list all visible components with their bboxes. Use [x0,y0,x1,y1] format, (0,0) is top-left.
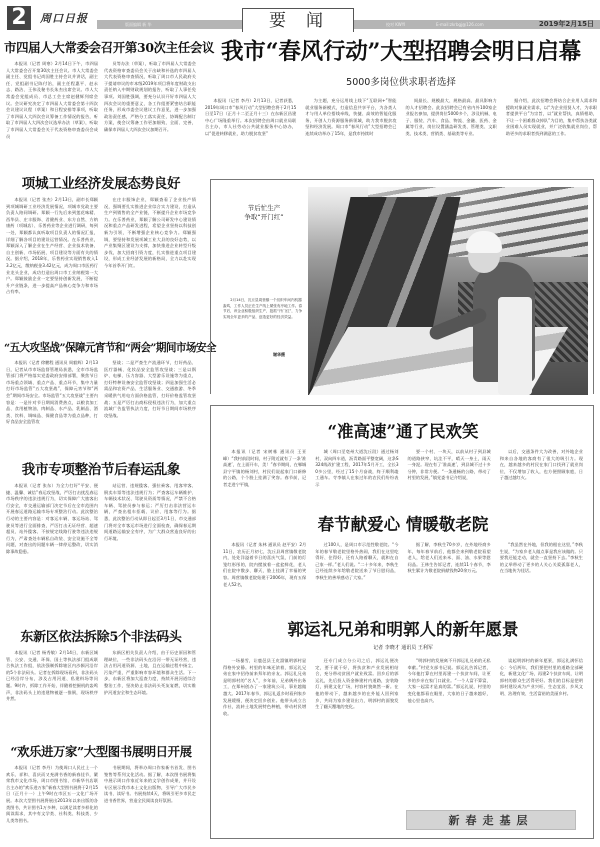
article-body-col1: 本报讯（记者 张杰）2月13日，副市长郑颖到项城调研工业经济发展情况，项城市党政… [6,197,98,325]
article-xiangcheng-industry[interactable]: 项城工业经济发展态势良好 本报讯（记者 张杰）2月13日，副市长郑颖到项城调研工… [4,172,198,325]
article-body-col2: 在庄丰服饰企业，郑颖查看了企业投产情况，强调要扎实推进企业综合实力建设，打造从生… [104,197,196,325]
photo-credit: 谢华摄 [273,352,285,358]
article-market-safety[interactable]: “五大攻坚战”保障元宵节和“两会”期间市场安全 本报讯（记者 徐鹏程 通讯员 周… [4,340,198,436]
article-quasi-expressway[interactable]: “准高速”通了民欢笑 本报讯（记者 宋树栋 通讯员 王亚峰）“我村前段时间，村子… [223,418,583,495]
photo-caption-title: 节后忙生产 争取“开门红” [229,204,299,222]
worker-cap [466,231,502,253]
lead-headline: 我市“春风行动”大型招聘会明日启幕 [205,36,597,68]
article-body-col1: 一场暴雪，让鹿邑县王皮溜镇明郭村显得格外安静。村里的年味还浓着，郭运礼兄弟在家中… [223,658,306,847]
article-body-col2: 书展期间，将举办周口作家新书首发、图书签售等系列文化活动。据了解，本次图书展将集… [104,765,196,847]
lead-body-col3: 间最长、规模最大、规格最高、最具影响力的人才招聘会。此次招聘会已有省内外100家… [406,98,497,150]
features-box: “准高速”通了民欢笑 本报讯（记者 宋树栋 通讯员 王亚峰）“我村前段时间，村子… [210,405,594,839]
column-banner-new-year-grassroots: 新春走基层 [406,810,576,830]
article-body-col2: 还专门成立分公司之后，郭运礼便决定，要干就干好，将扶贫和产业发展相结合，充分带动… [315,658,398,847]
article-body-col1: 本报讯（记者 徐鹏程 通讯员 周毅辉）2月13日，记者从市市场监督管理局获悉，全… [6,360,98,436]
article-body-col2: 员等办法（草案），听取了市四届人大常委会代表资格审查委员会关于出缺和补选的市四届… [104,61,196,157]
photo-title-line1: 节后忙生产 [229,204,299,213]
article-headline: “准高速”通了民欢笑 [223,418,583,442]
article-nursing-home[interactable]: 春节献爱心 情暖敬老院 本报讯（记者 朱林 通讯员 赵平安）2月11日，农历正月… [223,511,583,602]
worker-apron [498,297,532,395]
article-body-col3: 要一个村、一块天，以前从村子到县城的道路狭窄，坑洼不平，晴天一身土，雨天一身泥。… [408,449,491,495]
article-byline: 记者 李晓才 通讯员 王利军 [223,644,583,651]
editor-credit: 校对 KWYI [386,20,405,29]
article-body-col1: 本报讯（记者 杨秀敏）2月14日，东新区城管、公安、交通、环保、国土等执法部门组… [6,650,98,722]
article-standing-committee[interactable]: 市四届人大常委会召开第30次主任会议 本报讯（记者 周寒）2月14日下午，市四届… [4,38,198,157]
masthead: 2 周口日报 版面编辑 新 华 要闻 校对 KWYI E-mail:zkrbgj… [0,0,600,34]
article-headline: 市四届人大常委会召开第30次主任会议 [4,38,198,56]
article-headline: 春节献爱心 情暖敬老院 [223,511,583,535]
article-body-col2: 坚战；二是严查生产流通环节，打好药品、医疗器械、化妆品安全监管攻坚战；三是以锅炉… [104,360,196,436]
article-body-col2: 城（周口至亳州大道沈丘段）通过杨刘村，双向四车道，沥青路面平整宽阔，这条S324… [315,449,398,495]
photo-title-line2: 争取“开门红” [229,213,299,222]
lead-subhead: 5000多岗位供求职者选择 [205,74,597,88]
page-number: 2 [7,6,31,30]
article-body-col4: “我虽然在外地，但我的根在这里，”李秋生说，“为家乡老人做点事是我应该做的。只要… [500,542,583,602]
article-body-col2: 东新区相关负责人介绍，由于历史原因和管理缺位，一些非法码头在沿河一带无证经营，违… [104,650,196,722]
article-body-col1: 本报讯（记者 李丹）为使周口人民过上一个欢乐、祥和、喜庆而又充满书香的新春佳节，… [6,765,98,847]
article-body-col1: 本报讯（记者 周寒）2月14日下午，市四届人大常委会召开第30次主任会议。市人大… [6,61,98,157]
photo-caption-body: 2月14日，沈丘县周营镇一个纺织车间内机器轰鸣，工作人员正在生产线上紧张有序地工… [223,298,303,320]
article-headline: 我市专项整治节后春运乱象 [4,458,198,478]
photo-feature: 节后忙生产 争取“开门红” 2月14日，沈丘县周营镇一个纺织车间内机器轰鸣，工作… [210,179,594,394]
article-body-col3: 据了解，李秋生70多岁，在外地经商多年，每年春节前后，他都会来到敬老院看望老人，… [408,542,491,602]
lead-article-job-fair[interactable]: 我市“春风行动”大型招聘会明日启幕 5000多岗位供求职者选择 本报讯（记者 李… [205,36,597,150]
article-spring-transport[interactable]: 我市专项整治节后春运乱象 本报讯（记者 张东）为全力打好“平安、便捷、温馨、诚信… [4,458,198,619]
article-illegal-docks[interactable]: 东新区依法拆除5个非法码头 本报讯（记者 杨秀敏）2月14日，东新区城管、公安、… [4,626,198,722]
article-body-col4: 以后，交通条件大为改善，对外地企业和来自各地的客商有了很大的吸引力。现在，越来越… [500,449,583,495]
textile-factory-photo[interactable] [308,187,588,395]
lead-body-col4: 据介绍，此次招聘会将结合企业用人需求和援助对象就业需求，以“为企业招贤人才，为求… [506,98,597,150]
article-body-col1: 本报讯（记者 宋树栋 通讯员 王亚峰）“我村前段时间，村子附近就有了一条‘准高速… [223,449,306,495]
lead-body-col1: 本报讯（记者 李丹）2月13日，记者获悉，2019年周口市“春风行动”大型招聘会… [205,98,296,150]
masthead-bar-left: 版面编辑 新 华 [97,20,242,29]
article-headline: “五大攻坚战”保障元宵节和“两会”期间市场安全 [4,340,198,355]
article-body-col1: 本报讯（记者 张东）为全力打好“平安、便捷、温馨、诚信”春运攻坚战，严厉打击扰乱… [6,483,98,619]
bar-left-text: 版面编辑 新 华 [125,20,152,29]
editor-email: E-mail:zkrbgj@126.com [436,20,484,29]
issue-date: 2019年2月15日 [539,20,594,29]
article-body-col1: 本报讯（记者 朱林 通讯员 赵平安）2月11日，农历正月初七，沈丘县周营镇敬老院… [223,542,306,602]
newspaper-name: 周口日报 [40,10,88,26]
masthead-bar-right: 校对 KWYI E-mail:zkrbgj@126.com 2019年2月15日 [354,20,600,29]
section-label: 要闻 [242,8,354,32]
article-headline: 郭运礼兄弟和明郭人的新年愿景 [223,616,583,640]
article-book-fair[interactable]: “欢乐进万家”大型图书展明日开展 本报讯（记者 李丹）为使周口人民过上一个欢乐、… [4,742,198,847]
article-headline: 项城工业经济发展态势良好 [4,172,198,192]
article-headline: “欢乐进万家”大型图书展明日开展 [4,742,198,760]
lead-body-col2: 为主题，充分运用线上线下“互联网+”智能就业服务新模式，打造信息共享平台，为各类… [305,98,396,150]
article-body-col2: 过100人，是周口市示范性敬老院。“今年的春节敬老院里格外热闹，我们在这里吃得好… [315,542,398,602]
article-body-col2: 站运营、违规揽客、强拉乘客、甩客宰客、倒卖车票等违法违规行为；严查客运车辆维护、… [104,483,196,619]
article-headline: 东新区依法拆除5个非法码头 [4,626,198,645]
